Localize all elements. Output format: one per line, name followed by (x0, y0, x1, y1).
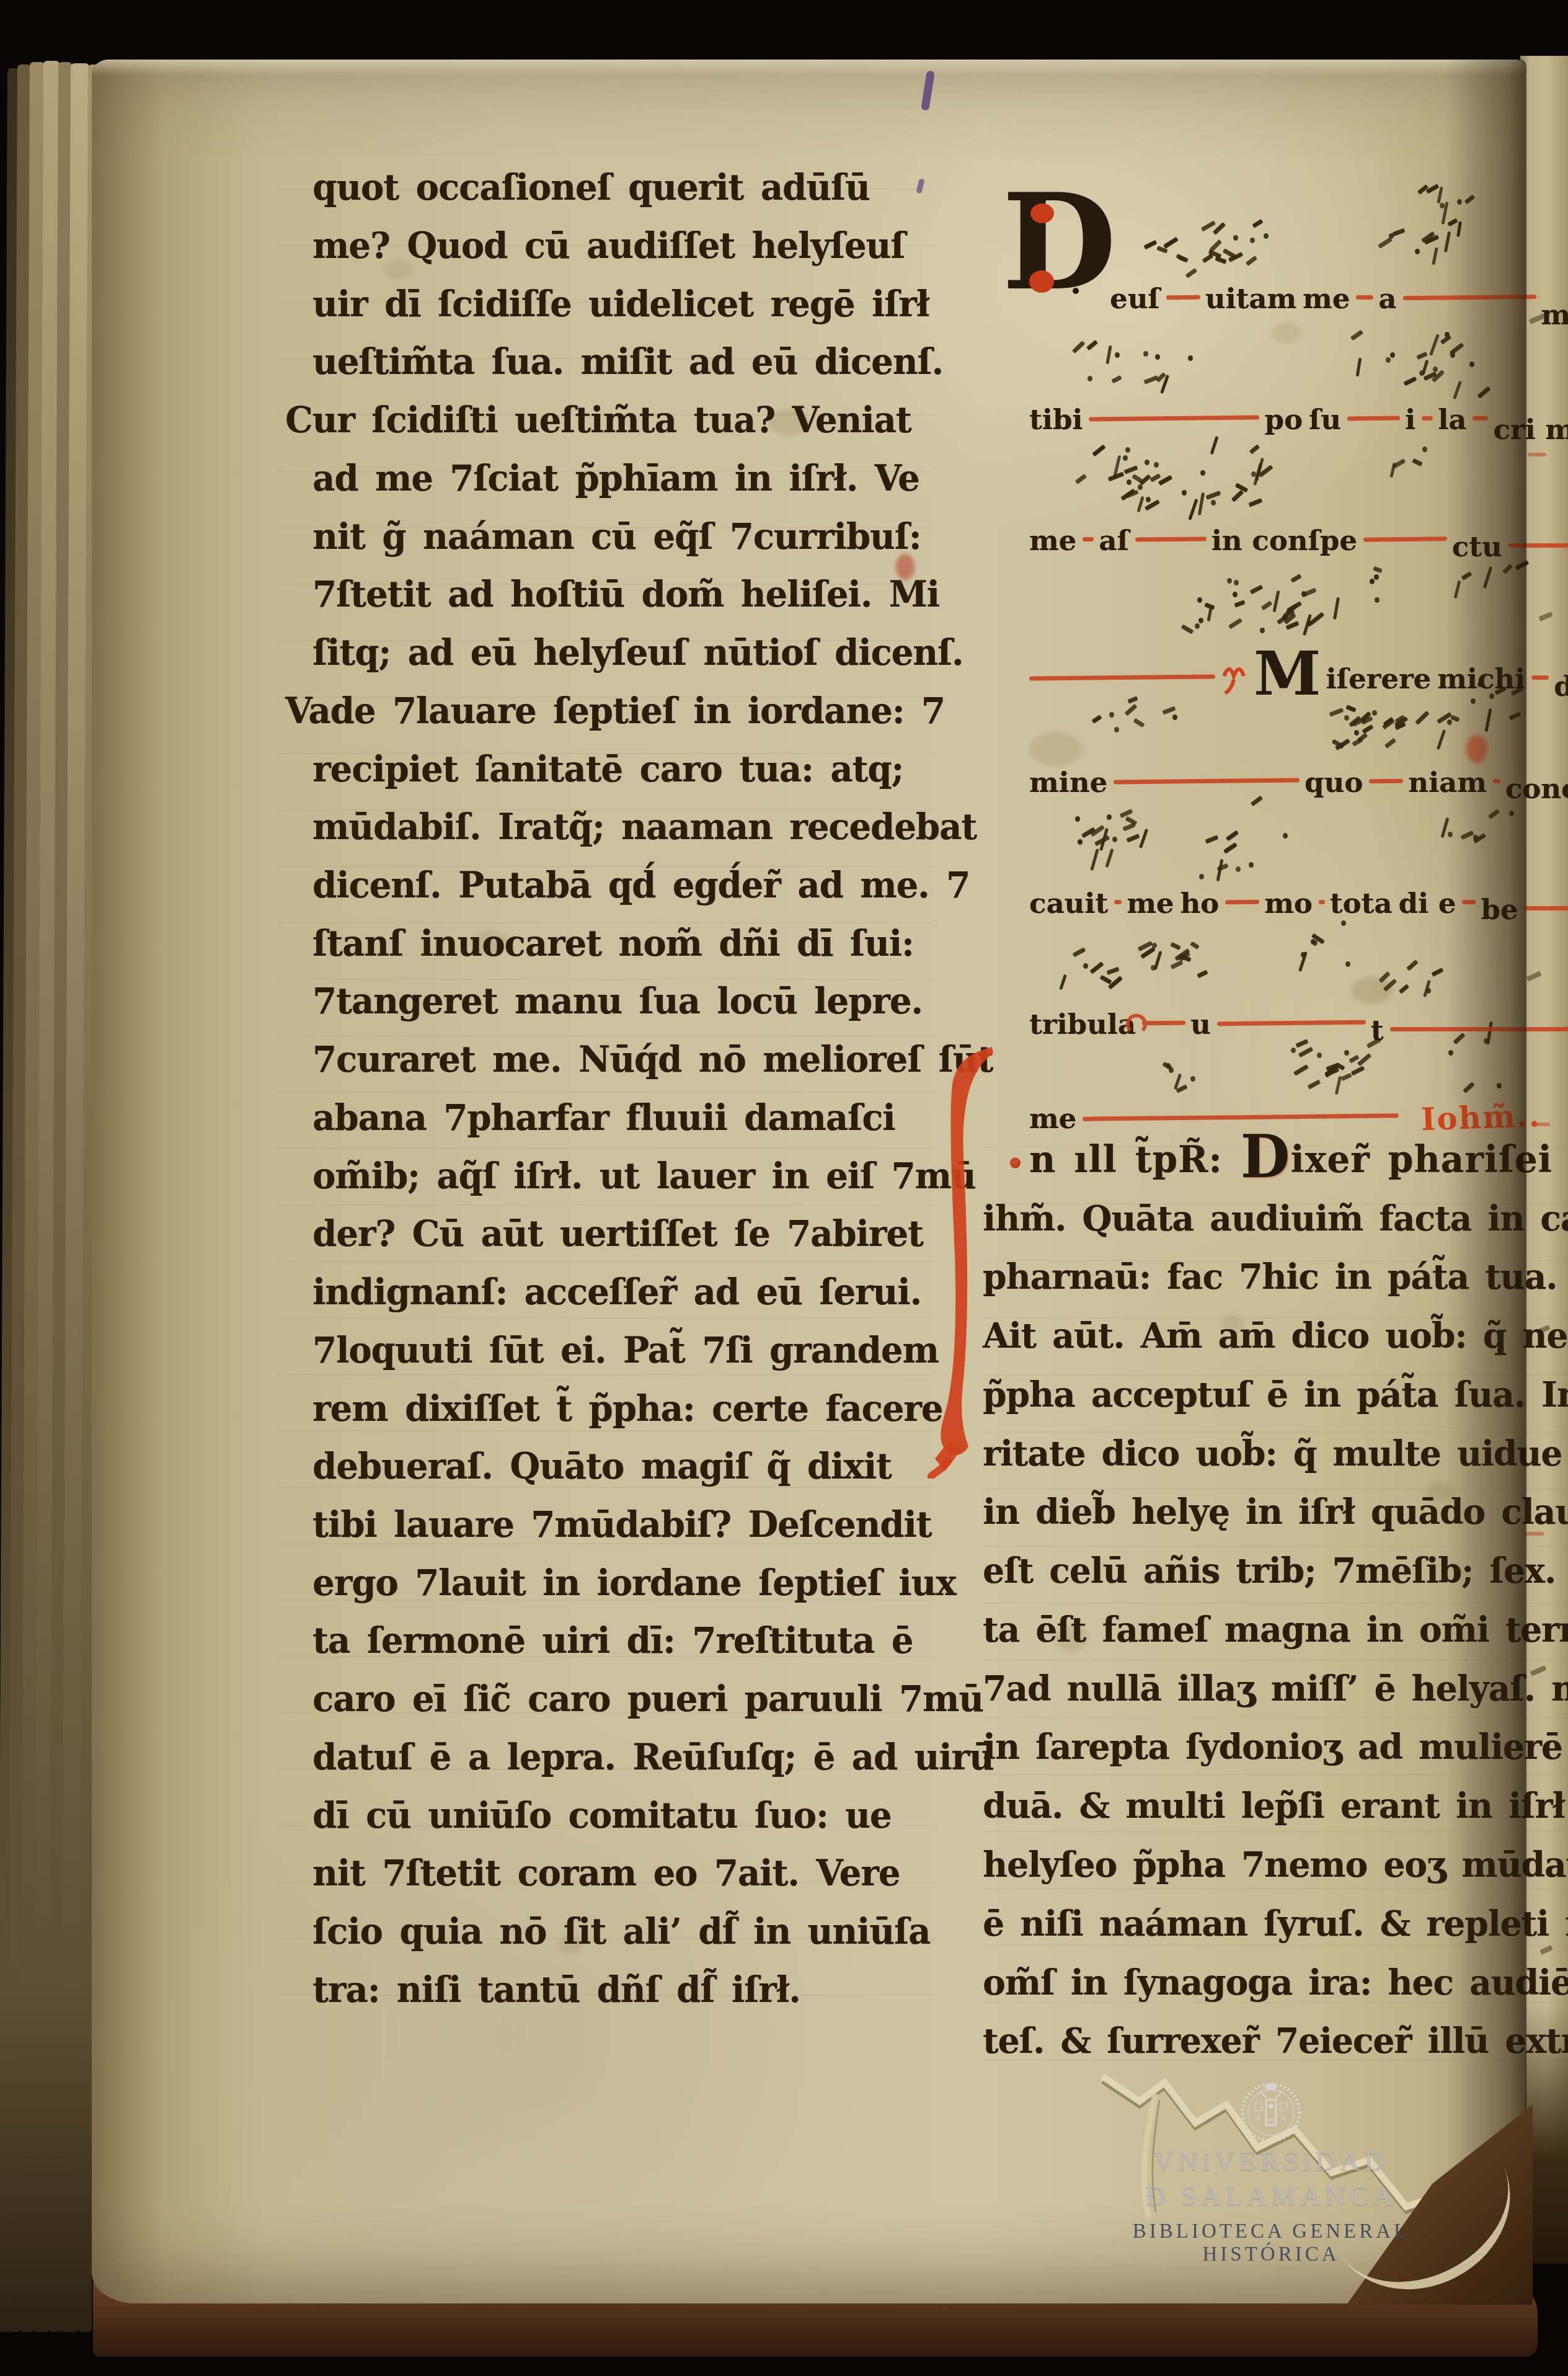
neume-mark (1231, 490, 1244, 503)
neume-mark (1163, 237, 1179, 249)
neume-mark (1389, 463, 1396, 478)
neume-mark (1291, 1048, 1296, 1053)
neume-mark (1227, 578, 1232, 584)
adjacent-page-neume (1539, 1945, 1553, 1954)
neume-mark (1127, 479, 1132, 485)
neume-mark (1386, 357, 1391, 363)
neume-mark (1432, 247, 1438, 265)
neume-mark (1354, 730, 1359, 736)
neume-mark (1211, 500, 1216, 505)
neume-mark (1373, 566, 1383, 573)
neume-mark (1109, 712, 1114, 718)
manuscript-text-line: nit g̃ naáman cū eq̃ſ 7curribuſ: (285, 508, 930, 566)
neume-mark (1111, 375, 1122, 384)
parchment-stain (1029, 732, 1083, 767)
chant-syllable: tribula (1029, 1008, 1136, 1041)
gospel-initial-D: D (1241, 1123, 1291, 1191)
chant-syllable: aſ (1099, 524, 1129, 557)
neume-mark (1426, 184, 1440, 194)
stamp-line-2: Ð SALAMANCA (1097, 2179, 1445, 2212)
chant-initial-M: M (1254, 662, 1321, 687)
manuscript-photo: quot occaſioneſ querit adūſūme? Quod cū … (0, 0, 1568, 2376)
chant-syllable: me (1127, 887, 1174, 920)
stamp-line-1: VNiVERSiDAD (1097, 2145, 1445, 2177)
red-extender-line (1029, 674, 1215, 680)
neume-mark (1091, 714, 1102, 724)
chant-syllable: me (1303, 282, 1350, 315)
manuscript-text-line: tibi lauare 7mūdabiſ? Deſcendit (285, 1496, 930, 1554)
neume-mark (1251, 471, 1256, 477)
red-extender-line (1217, 1020, 1366, 1026)
neume-mark (1217, 863, 1229, 872)
manuscript-text-line: me? Quod cū audiſſet helyſeuſ (285, 217, 930, 275)
neume-mark (1419, 370, 1424, 376)
neume-mark (1329, 708, 1344, 717)
neume-mark (1182, 490, 1187, 496)
neume-mark (1406, 960, 1419, 971)
neume-mark (1317, 1052, 1322, 1058)
manuscript-text-line: ta ſermonē uiri dī: 7reſtituta ē (285, 1613, 930, 1671)
red-extender-line (1363, 536, 1447, 541)
red-extender-line (1114, 778, 1300, 784)
manuscript-text-line: 7tangeret manu ſua locū lepre. (285, 973, 930, 1031)
neume-mark (1180, 625, 1194, 634)
neume-mark (1124, 703, 1137, 716)
manuscript-text-line: debueraſ. Quāto magiſ q̃ dixit (285, 1438, 930, 1496)
neume-mark (1154, 462, 1159, 468)
neume-mark (1233, 592, 1238, 597)
neume-mark (1260, 628, 1265, 633)
neume-mark (1166, 1063, 1171, 1069)
page-fold-shadow (1446, 60, 1526, 2303)
neume-mark (1426, 988, 1431, 994)
red-extender-line (1114, 900, 1122, 904)
initial-D-dot (1085, 237, 1091, 243)
neume-mark (1437, 729, 1446, 750)
initial-D-dot (1084, 254, 1090, 260)
chant-syllable: t (1371, 1014, 1384, 1047)
neume-mark (1127, 696, 1138, 703)
neume-mark (1124, 465, 1138, 474)
red-extender-line (1319, 900, 1325, 904)
initial-D-dot (1083, 220, 1089, 226)
neume-mark (1195, 623, 1200, 629)
neume-mark (1059, 974, 1067, 990)
neume-mark (1197, 970, 1208, 979)
neume-mark (1233, 235, 1238, 241)
stamp-line-3: BIBLIOTECA GENERAL HISTÓRICA (1097, 2220, 1445, 2266)
neume-mark (1123, 455, 1128, 461)
chant-syllable: po (1264, 403, 1302, 436)
chant-syllable: a (1378, 282, 1396, 315)
manuscript-text-line: ſtanſ inuocaret nom̃ dñi dī ſui: (285, 915, 930, 973)
neume-mark (1291, 574, 1302, 583)
chant-syllable: tota (1330, 887, 1393, 920)
manuscript-text-line: der? Cū aūt uertiſſet ſe 7abiret (285, 1205, 930, 1263)
neume-mark (1083, 963, 1088, 969)
manuscript-text-line: 7curaret me. Nūq́d nō melioreſ ſūt (285, 1031, 930, 1089)
neume-mark (1209, 239, 1222, 252)
neume-mark (1344, 715, 1349, 721)
neume-mark (1107, 967, 1120, 975)
neume-mark (1185, 268, 1197, 278)
adjacent-page-neume (1538, 612, 1552, 621)
neume-mark (1433, 367, 1438, 372)
neume-mark (1393, 228, 1406, 236)
neume-mark (1404, 376, 1417, 386)
neume-mark (1075, 816, 1080, 822)
chant-syllable: iſerere (1326, 662, 1431, 695)
neume-mark (1422, 447, 1427, 452)
neume-mark (1073, 947, 1086, 957)
neume-mark (1100, 975, 1112, 984)
chant-syllable: uitam (1205, 282, 1296, 315)
neume-mark (1205, 835, 1219, 844)
neume-mark (1234, 600, 1245, 608)
neume-mark (1105, 345, 1112, 365)
neume-mark (1133, 718, 1145, 728)
neume-mark (1362, 724, 1373, 734)
neume-mark (1234, 580, 1239, 585)
neume-mark (1298, 1047, 1313, 1058)
neume-mark (1223, 248, 1236, 258)
neume-mark (1197, 597, 1202, 603)
neume-mark (1078, 839, 1083, 845)
neume-mark (1075, 474, 1087, 484)
university-seal-icon (1239, 2079, 1303, 2143)
manuscript-text-line: ueſtim̃ta ſua. miſit ad eū dicenſ. (285, 334, 930, 392)
neume-mark (1190, 1076, 1195, 1082)
neume-mark (1352, 737, 1363, 746)
red-extender-line (1166, 295, 1200, 300)
manuscript-text-line: 7loquuti ſūt ei. Pat̃ 7ſi grandem (285, 1322, 930, 1380)
manuscript-text-line: Vade 7lauare ſeptieſ in iordane: 7 (285, 682, 930, 741)
neume-mark (1398, 984, 1409, 994)
chant-syllable: m am nuntiaui (1541, 298, 1568, 331)
chant-syllable: tibi (1029, 403, 1083, 436)
red-flourish-icon (1220, 655, 1249, 698)
initial-D-glyph: D (1002, 164, 1116, 319)
neume-mark (1333, 597, 1340, 620)
manuscript-text-line: ſitq; ad eū helyſeuſ nūtioſ dicenſ. (285, 624, 930, 682)
neume-mark (1351, 1066, 1365, 1076)
neume-mark (1344, 1050, 1349, 1056)
adjacent-page-neume (1526, 971, 1541, 981)
chant-syllable: euſ (1110, 282, 1160, 315)
adjacent-page-red-line (1528, 453, 1546, 456)
neume-mark (1432, 968, 1444, 977)
neume-mark (1114, 727, 1119, 732)
manuscript-text-line: ſcio quia nō ſit ali’ dſ̃ in uniūſa (285, 1903, 930, 1961)
neume-mark (1252, 219, 1263, 228)
red-extender-line (1422, 416, 1433, 420)
manuscript-text-line: rem dixiſſet t̃ p̃pha: certe facere (285, 1380, 930, 1438)
neume-mark (1415, 711, 1430, 725)
neume-mark (1092, 445, 1105, 457)
red-extender-line (1347, 416, 1400, 421)
neume-mark (1313, 940, 1318, 946)
neume-mark (1429, 334, 1440, 355)
chant-syllable: mo (1264, 887, 1313, 920)
red-extender-line (1369, 779, 1403, 784)
neume-mark (1072, 340, 1086, 354)
neume-mark (1210, 436, 1218, 455)
initial-D-dot (1076, 202, 1083, 208)
red-extender-line (1225, 900, 1259, 905)
neume-mark (1172, 714, 1177, 720)
neume-mark (1199, 874, 1204, 879)
neume-mark (1162, 706, 1176, 715)
red-extender-line (1531, 675, 1549, 680)
manuscript-page: quot occaſioneſ querit adūſūme? Quod cū … (92, 60, 1525, 2303)
manuscript-text-line: quot occaſioneſ querit adūſū (285, 159, 930, 217)
neume-mark (1188, 355, 1193, 361)
neume-mark (1357, 1053, 1372, 1067)
neume-mark (1205, 491, 1221, 500)
neume-mark (1301, 952, 1306, 958)
neume-mark (1249, 445, 1260, 455)
neume-mark (1340, 1073, 1352, 1081)
neume-mark (1412, 458, 1423, 466)
neume-mark (1115, 352, 1120, 358)
neume-mark (1416, 352, 1428, 360)
neume-mark (1246, 256, 1257, 266)
manuscript-text-line: ergo 7lauit in iordane ſeptieſ iux (285, 1554, 930, 1613)
manuscript-text-line: mūdabiſ. Iratq̃; naaman recedebat (285, 798, 930, 857)
neume-mark (1155, 354, 1160, 360)
page-top-highlight (92, 60, 1525, 76)
neume-mark (1273, 590, 1280, 612)
neume-mark (1190, 941, 1200, 949)
manuscript-text-line: uir dī ſcidiſſe uidelicet regē iſrł (285, 275, 930, 334)
neume-mark (1384, 737, 1396, 748)
red-extender-line (1089, 416, 1259, 422)
neume-mark (1370, 579, 1375, 584)
neume-mark (1178, 255, 1188, 262)
library-stamp: VNiVERSiDAD Ð SALAMANCA BIBLIOTECA GENER… (1097, 2079, 1445, 2266)
neume-mark (1139, 829, 1148, 848)
neume-mark (1249, 862, 1254, 868)
neume-mark (1139, 474, 1151, 486)
neume-mark (1341, 920, 1346, 926)
red-extender-line (1083, 537, 1094, 541)
manuscript-text-line: recipiet ſanitatē caro tua: atq; (285, 741, 930, 799)
neume-mark (1249, 499, 1263, 508)
neume-mark (1375, 597, 1380, 603)
gospel-incipit: n ıll t̃pR̃: (1029, 1137, 1241, 1181)
chant-syllable: in conſpe (1211, 524, 1357, 557)
initial-D-dot (1079, 272, 1085, 278)
manuscript-text-line: tra: niſi tantū dñſ dſ̃ iſrł. (285, 1961, 930, 2019)
neume-mark (1200, 470, 1205, 476)
neume-mark (1390, 352, 1395, 358)
neume-mark (1112, 837, 1117, 842)
manuscript-text-line: 7ſtetit ad hoſtiū dom̃ heliſei. Mi (285, 566, 930, 624)
neume-mark (1236, 866, 1241, 872)
neume-mark (1223, 842, 1238, 854)
neume-mark (1307, 1079, 1321, 1089)
manuscript-text-line: om̃ib; aq̃ſ iſrł. ut lauer in eiſ 7mū (285, 1147, 930, 1206)
neume-mark (1283, 833, 1288, 839)
manuscript-text-line: ad me 7ſciat p̃phīam in iſrł. Ve (285, 450, 930, 508)
neume-mark (1188, 499, 1198, 520)
red-extender-line (1525, 906, 1568, 910)
manuscript-text-line: nit 7ſtetit coram eo 7ait. Vere (285, 1844, 930, 1903)
chant-syllable: cauit (1029, 887, 1108, 920)
neume-mark (1355, 358, 1362, 376)
chant-syllable: ho (1180, 887, 1219, 920)
neume-mark (1293, 1064, 1309, 1076)
neume-mark (1345, 705, 1356, 712)
initial-D-dot (1073, 288, 1079, 294)
neume-mark (1146, 497, 1151, 502)
chant-syllable: do (1554, 670, 1568, 703)
neume-mark (1309, 612, 1324, 625)
neume-mark (1215, 256, 1228, 264)
neume-mark (1198, 618, 1203, 623)
neume-mark (1143, 240, 1157, 250)
left-text-column: quot occaſioneſ querit adūſūme? Quod cū … (285, 159, 930, 2019)
chant-syllable: me (1029, 524, 1076, 557)
neume-mark (1372, 710, 1377, 716)
neume-mark (1437, 187, 1443, 204)
neume-mark (1249, 585, 1263, 595)
neume-mark (1250, 238, 1255, 243)
neume-mark (1125, 447, 1130, 453)
red-extender-line (1356, 295, 1373, 300)
neume-mark (1350, 329, 1363, 340)
chant-syllable: quo (1304, 766, 1363, 799)
neume-mark (1345, 961, 1350, 967)
manuscript-text-line: dī cū uniūſo comitatu ſuo: ue (285, 1787, 930, 1845)
manuscript-text-line: dicenſ. Putabā qd́ egd́er̃ ad me. 7 (285, 857, 930, 915)
neume-mark (1107, 814, 1112, 820)
neume-mark (1105, 848, 1114, 868)
initial-D-red-dot (1030, 203, 1054, 223)
neume-mark (1087, 376, 1092, 381)
neume-mark (1086, 340, 1098, 351)
purple-mark (921, 70, 935, 110)
manuscript-text-line: abana 7pharfar fluuii damaſci (285, 1089, 930, 1147)
neume-mark (1301, 587, 1317, 597)
neume-mark (1226, 830, 1239, 842)
manuscript-text-line: Cur ſcidiſti ueſtim̃ta tua? Veniat (285, 391, 930, 450)
neume-mark (1415, 249, 1420, 254)
red-paragraph-dot (1010, 1157, 1021, 1168)
neume-mark (1228, 618, 1242, 630)
neume-mark (1171, 942, 1181, 950)
parchment-stain (1271, 323, 1302, 344)
neume-mark (1126, 834, 1140, 842)
neume-mark (1264, 233, 1269, 239)
neume-mark (1389, 233, 1394, 239)
neume-mark (1143, 351, 1148, 357)
neume-mark (1145, 460, 1149, 465)
red-extender-line (1135, 536, 1207, 541)
red-extender-line (1083, 1113, 1399, 1121)
initial-D-red-dot (1029, 270, 1054, 293)
chant-syllable: mine (1029, 766, 1107, 799)
red-initial-I (928, 1044, 1008, 1479)
neume-mark (1151, 965, 1156, 971)
manuscript-text-line: datuſ ē a lepra. Reūſuſq; ē ad uirū (285, 1729, 930, 1787)
neume-mark (1261, 601, 1273, 611)
chant-syllable: u (1190, 1008, 1211, 1041)
neume-mark (1198, 492, 1205, 515)
neume-mark (1374, 574, 1379, 580)
neume-mark (1090, 848, 1099, 871)
manuscript-text-line: indignanſ: acceſſer̃ ad eū ſerui. (285, 1263, 930, 1322)
neume-mark (1123, 823, 1136, 832)
manuscript-text-line: caro eī ſic̃ caro pueri paruuli 7mū (285, 1670, 930, 1729)
neume-mark (1090, 962, 1104, 974)
red-extender-line (1142, 1021, 1185, 1026)
chant-syllable: i (1405, 403, 1415, 436)
chant-syllable: ſu (1309, 403, 1341, 436)
neume-mark (1136, 496, 1144, 512)
